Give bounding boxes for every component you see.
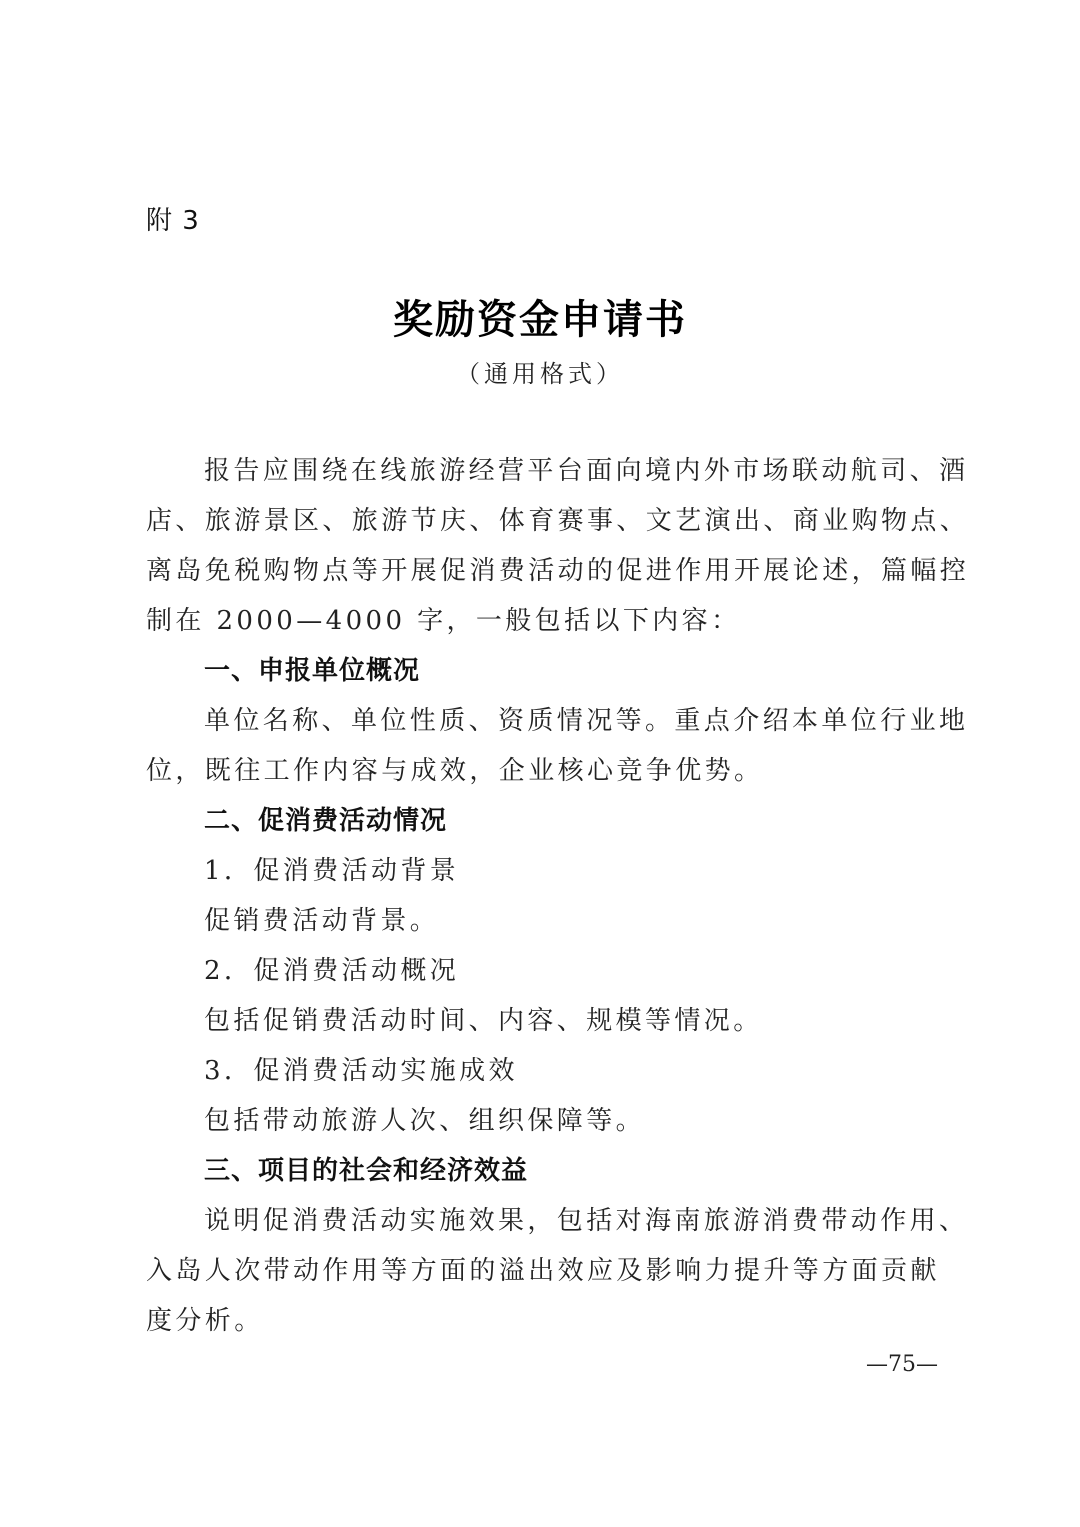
document-title: 奖励资金申请书 — [0, 288, 1080, 345]
intro-line: 店、旅游景区、旅游节庆、体育赛事、文艺演出、商业购物点、 — [146, 496, 946, 546]
subsection-body: 促销费活动背景。 — [146, 896, 946, 946]
intro-paragraph: 报告应围绕在线旅游经营平台面向境内外市场联动航司、酒 店、旅游景区、旅游节庆、体… — [146, 446, 946, 646]
subsection-title: 1．促消费活动背景 — [146, 846, 946, 896]
page-number: —75— — [866, 1352, 938, 1377]
section-heading: 三、项目的社会和经济效益 — [146, 1146, 946, 1196]
subsection-body: 包括促销费活动时间、内容、规模等情况。 — [146, 996, 946, 1046]
document-page: 附 3 奖励资金申请书 （通用格式） 报告应围绕在线旅游经营平台面向境内外市场联… — [0, 0, 1080, 1527]
subsection-title: 2．促消费活动概况 — [146, 946, 946, 996]
section-1: 一、申报单位概况 单位名称、单位性质、资质情况等。重点介绍本单位行业地 位，既往… — [146, 646, 946, 796]
intro-line: 制在 2000—4000 字，一般包括以下内容： — [146, 596, 946, 646]
section-body-line: 单位名称、单位性质、资质情况等。重点介绍本单位行业地 — [146, 696, 946, 746]
subsection-title: 3．促消费活动实施成效 — [146, 1046, 946, 1096]
section-body-line: 度分析。 — [146, 1296, 946, 1346]
section-3: 三、项目的社会和经济效益 说明促消费活动实施效果，包括对海南旅游消费带动作用、 … — [146, 1146, 946, 1346]
intro-line: 报告应围绕在线旅游经营平台面向境内外市场联动航司、酒 — [146, 446, 946, 496]
intro-line: 离岛免税购物点等开展促消费活动的促进作用开展论述，篇幅控 — [146, 546, 946, 596]
document-subtitle: （通用格式） — [0, 354, 1080, 389]
section-2: 二、促消费活动情况 1．促消费活动背景 促销费活动背景。 2．促消费活动概况 包… — [146, 796, 946, 1146]
subsection-body: 包括带动旅游人次、组织保障等。 — [146, 1096, 946, 1146]
section-body-line: 入岛人次带动作用等方面的溢出效应及影响力提升等方面贡献 — [146, 1246, 946, 1296]
attachment-label: 附 3 — [146, 200, 200, 237]
section-body-line: 说明促消费活动实施效果，包括对海南旅游消费带动作用、 — [146, 1196, 946, 1246]
section-body-line: 位，既往工作内容与成效，企业核心竞争优势。 — [146, 746, 946, 796]
section-heading: 二、促消费活动情况 — [146, 796, 946, 846]
section-heading: 一、申报单位概况 — [146, 646, 946, 696]
